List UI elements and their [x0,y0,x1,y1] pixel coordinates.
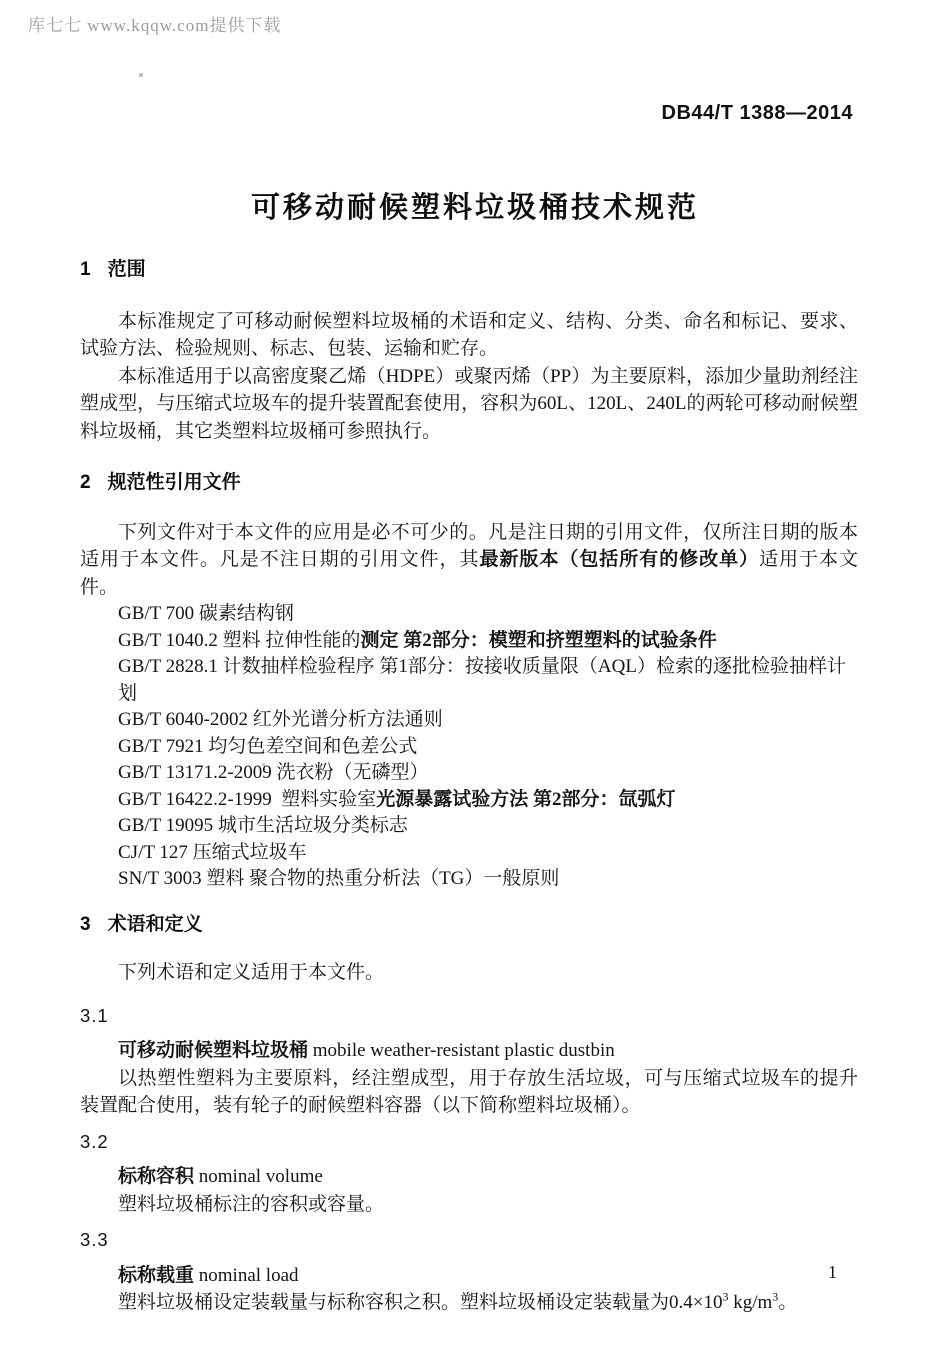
reference-item: GB/T 13171.2-2009 洗衣粉（无磷型） [118,760,858,787]
section-2-intro: 下列文件对于本文件的应用是必不可少的。凡是注日期的引用文件，仅所注日期的版本适用… [80,519,858,602]
term-3-2-definition: 塑料垃圾桶标注的容积或容量。 [80,1191,858,1219]
section-2-title: 规范性引用文件 [108,469,241,497]
reference-item: GB/T 2828.1 计数抽样检验程序 第1部分：按接收质量限（AQL）检索的… [118,654,858,707]
term-zh-label: 标称容积 [118,1166,194,1187]
section-1-paragraph: 本标准规定了可移动耐候塑料垃圾桶的术语和定义、结构、分类、命名和标记、要求、试验… [80,308,858,363]
term-3-2: 标称容积 nominal volume 塑料垃圾桶标注的容积或容量。 [80,1163,858,1218]
watermark-text: 库七七 www.kqqw.com提供下载 [28,11,281,36]
term-3-3: 标称载重 nominal load 塑料垃圾桶设定装载量与标称容积之积。塑料垃圾… [80,1262,858,1317]
term-3-1-definition: 以热塑性塑料为主要原料，经注塑成型，用于存放生活垃圾，可与压缩式垃圾车的提升装置… [80,1065,858,1120]
term-zh-label: 标称载重 [118,1265,194,1286]
section-3-heading: 3 术语和定义 [80,911,858,939]
section-3-intro: 下列术语和定义适用于本文件。 [80,959,858,987]
term-3-2-title: 标称容积 nominal volume [80,1163,858,1191]
term-en-label: nominal volume [194,1166,323,1187]
section-1-title: 范围 [108,256,146,284]
reference-item: CJ/T 127 压缩式垃圾车 [118,840,858,867]
reference-item: GB/T 16422.2-1999 塑料实验室光源暴露试验方法 第2部分：氙弧灯 [118,787,858,814]
normative-references-list: GB/T 700 碳素结构钢 GB/T 1040.2 塑料 拉伸性能的测定 第2… [80,601,858,893]
reference-item: GB/T 7921 均匀色差空间和色差公式 [118,734,858,761]
section-1-heading: 1 范围 [80,256,858,284]
term-3-3-title: 标称载重 nominal load [80,1262,858,1290]
term-3-3-definition: 塑料垃圾桶设定装载量与标称容积之积。塑料垃圾桶设定装载量为0.4×103 kg/… [80,1289,858,1317]
page-number: 1 [828,1262,837,1283]
scan-artifact [139,73,143,77]
standard-number: DB44/T 1388—2014 [662,102,853,125]
section-2-number: 2 [80,469,91,497]
document-body: 1 范围 本标准规定了可移动耐候塑料垃圾桶的术语和定义、结构、分类、命名和标记、… [80,256,858,1317]
section-1-number: 1 [80,256,91,284]
document-page: 库七七 www.kqqw.com提供下载 DB44/T 1388—2014 可移… [0,0,950,1358]
term-en-label: mobile weather-resistant plastic dustbin [308,1040,615,1061]
term-3-1-number: 3.1 [80,1002,858,1030]
reference-item: GB/T 1040.2 塑料 拉伸性能的测定 第2部分：模塑和挤塑塑料的试验条件 [118,628,858,655]
term-en-label: nominal load [194,1265,298,1286]
reference-item: GB/T 700 碳素结构钢 [118,601,858,628]
term-3-1: 可移动耐候塑料垃圾桶 mobile weather-resistant plas… [80,1037,858,1120]
term-3-2-number: 3.2 [80,1128,858,1156]
reference-item: SN/T 3003 塑料 聚合物的热重分析法（TG）一般原则 [118,866,858,893]
section-3-title: 术语和定义 [108,911,203,939]
section-1-paragraph: 本标准适用于以高密度聚乙烯（HDPE）或聚丙烯（PP）为主要原料，添加少量助剂经… [80,363,858,446]
section-2-heading: 2 规范性引用文件 [80,469,858,497]
intro-text-bold: 最新版本（包括所有的修改单） [479,549,759,570]
reference-item: GB/T 6040-2002 红外光谱分析方法通则 [118,707,858,734]
document-title: 可移动耐候塑料垃圾桶技术规范 [0,185,950,226]
term-3-3-number: 3.3 [80,1226,858,1254]
term-3-1-title: 可移动耐候塑料垃圾桶 mobile weather-resistant plas… [80,1037,858,1065]
reference-item: GB/T 19095 城市生活垃圾分类标志 [118,813,858,840]
section-3-number: 3 [80,911,91,939]
term-zh-label: 可移动耐候塑料垃圾桶 [118,1040,308,1061]
